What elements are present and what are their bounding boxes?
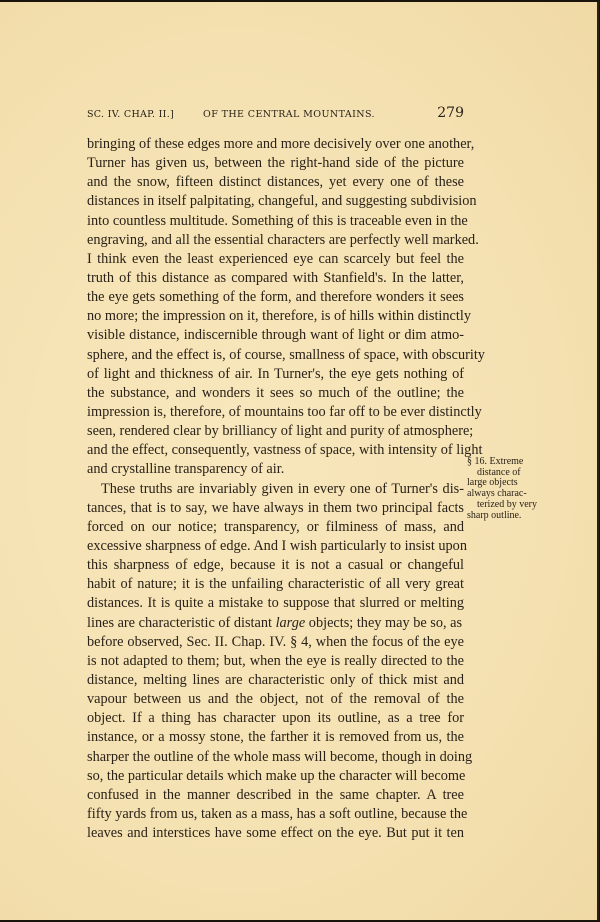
body-text: bringing of these edges more and more de… (87, 135, 464, 843)
text-line: bringing of these edges more and more de… (87, 135, 464, 154)
text-line: this sharpness of edge, because it is no… (87, 556, 464, 575)
text-line: is not adapted to them; but, when the ey… (87, 652, 464, 671)
paragraph-start-line: These truths are invariably given in eve… (87, 480, 464, 499)
text-line: tances, that is to say, we have always i… (87, 499, 464, 518)
text-line: sphere, and the effect is, of course, sm… (87, 346, 464, 365)
text-line: so, the particular details which make up… (87, 767, 464, 786)
text-line-with-italic: lines are characteristic of distant larg… (87, 614, 464, 633)
text-line: I think even the least experienced eye c… (87, 250, 464, 269)
text-line: confused in the manner described in the … (87, 786, 464, 805)
text-line: distances in itself palpitating, changef… (87, 192, 464, 211)
text-line: distance, melting lines are characterist… (87, 671, 464, 690)
text-line: truth of this distance as compared with … (87, 269, 464, 288)
text-line: no more; the impression on it, therefore… (87, 307, 464, 326)
section-chapter-label: SC. IV. CHAP. II.] (87, 109, 174, 120)
text-line: sharper the outline of the whole mass wi… (87, 748, 464, 767)
text-line: of light and thickness of air. In Turner… (87, 365, 464, 384)
text-segment: lines are characteristic of distant (87, 615, 272, 631)
text-line: leaves and interstices have some effect … (87, 824, 464, 843)
text-line: engraving, and all the essential charact… (87, 231, 464, 250)
text-line: impression is, therefore, of mountains t… (87, 403, 464, 422)
text-line: visible distance, indiscernible through … (87, 326, 464, 345)
chapter-title: OF THE CENTRAL MOUNTAINS. (203, 109, 375, 120)
text-line: distances. It is quite a mistake to supp… (87, 594, 464, 613)
text-line: fifty yards from us, taken as a mass, ha… (87, 805, 464, 824)
text-line: habit of nature; it is the unfailing cha… (87, 575, 464, 594)
text-line: excessive sharpness of edge. And I wish … (87, 537, 464, 556)
text-line: and the snow, fifteen distinct distances… (87, 173, 464, 192)
text-line: the substance, and wonders it sees so mu… (87, 384, 464, 403)
page-number: 279 (437, 105, 464, 121)
text-line: seen, rendered clear by brilliancy of li… (87, 422, 464, 441)
text-line: into countless multitude. Something of t… (87, 212, 464, 231)
italic-emphasis: large (276, 615, 306, 631)
text-segment: objects; they may be so, as (309, 615, 462, 631)
sidenote-line: sharp outline. (467, 511, 567, 522)
text-line: object. If a thing has character upon it… (87, 709, 464, 728)
text-line: forced on our notice; transparency, or f… (87, 518, 464, 537)
text-line: the eye gets something of the form, and … (87, 288, 464, 307)
book-page: SC. IV. CHAP. II.] OF THE CENTRAL MOUNTA… (0, 2, 599, 920)
text-line: vapour between us and the object, not of… (87, 690, 464, 709)
margin-sidenote: § 16. Extreme distance of large objects … (467, 457, 567, 521)
text-line: Turner has given us, between the right-h… (87, 154, 464, 173)
text-line: and the effect, consequently, vastness o… (87, 441, 464, 460)
text-line: before observed, Sec. II. Chap. IV. § 4,… (87, 633, 464, 652)
text-line: and crystalline transparency of air. (87, 460, 464, 479)
running-header: SC. IV. CHAP. II.] OF THE CENTRAL MOUNTA… (87, 105, 464, 125)
sidenote-line: terized by very (467, 500, 567, 511)
text-line: instance, or a mossy stone, the farther … (87, 728, 464, 747)
